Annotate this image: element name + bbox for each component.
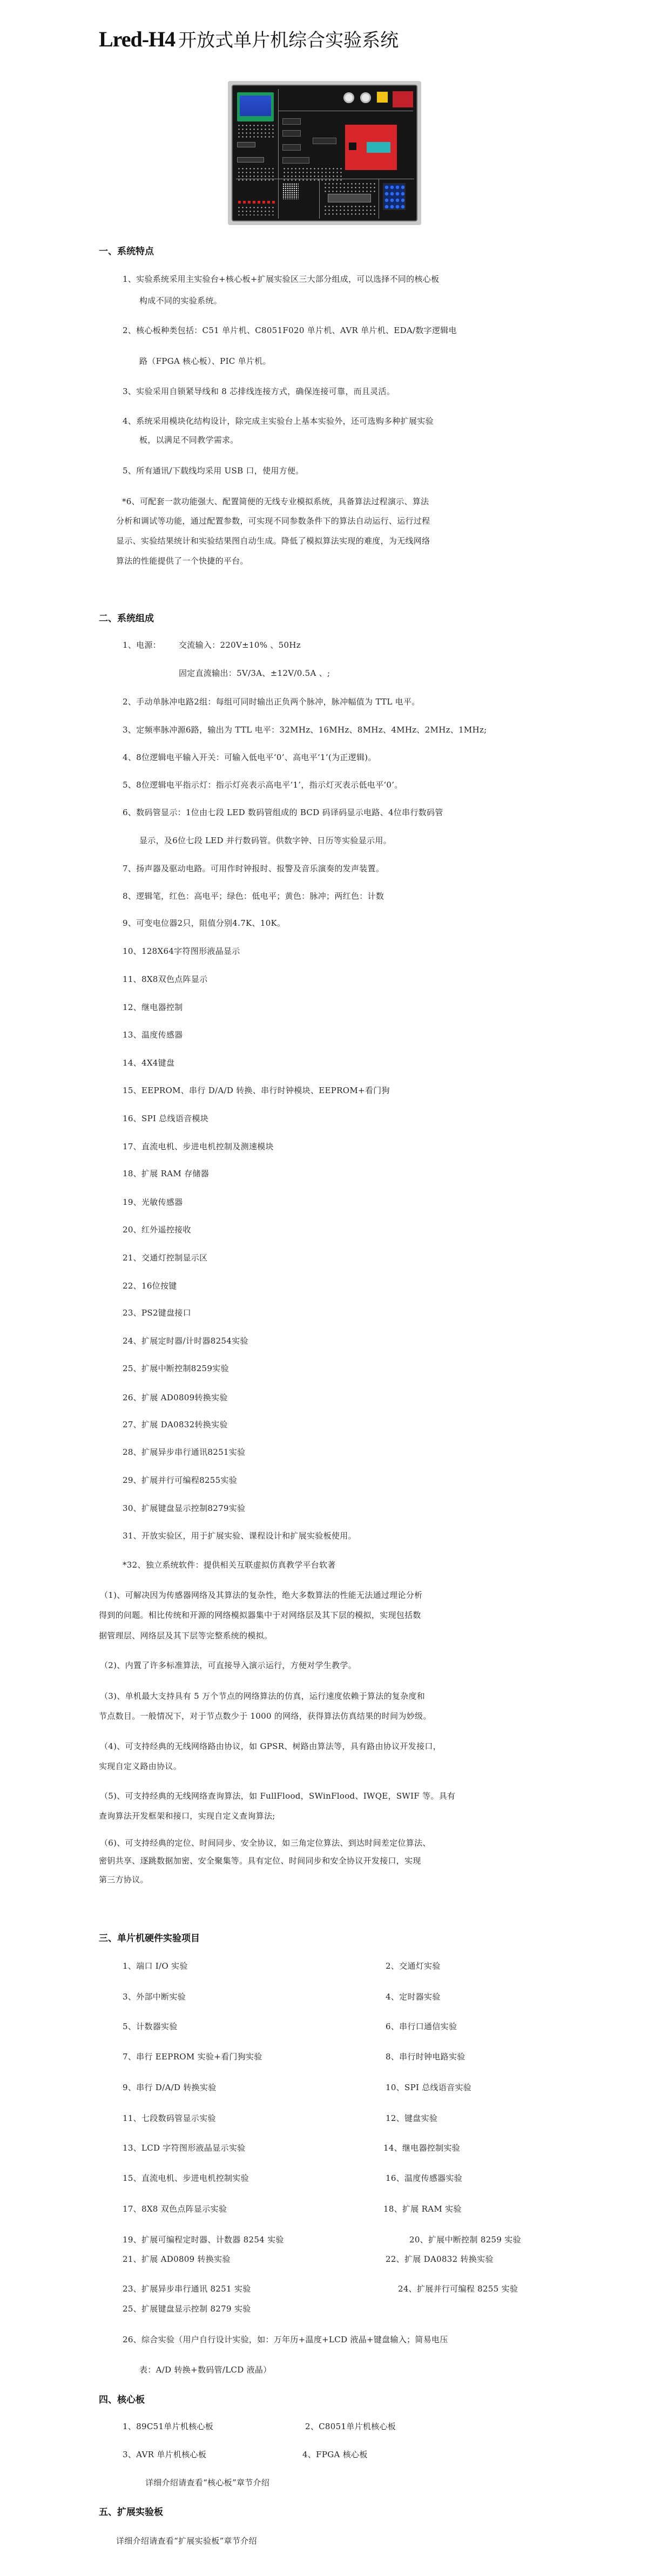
experiment-8: 8、串行时钟电路实验 — [386, 2051, 465, 2062]
section-heading-experiments: 三、单片机硬件实验项目 — [99, 1933, 200, 1944]
chip — [282, 157, 309, 164]
feature-item-3: 3、实验采用自锁紧导线和 8 芯排线连接方式，确保连接可靠，而且灵活。 — [123, 386, 395, 397]
component-item-19: 19、光敏传感器 — [123, 1197, 183, 1208]
experiment-14: 14、继电器控制实验 — [383, 2143, 460, 2153]
seven-seg-4digit — [237, 142, 255, 147]
component-item-15: 15、EEPROM、串行 D/A/D 转换、串行时钟模块、EEPROM+看门狗 — [123, 1085, 390, 1096]
software-feature-1-line-2: 得到的问题。相比传统和开源的网络模拟器集中于对网络层及其下层的模拟，实现包括数 — [99, 1610, 421, 1621]
experiment-26-line-2: 表：A/D 转换+数码管/LCD 液晶） — [139, 2364, 272, 2375]
component-item-5: 5、8位逻辑电平指示灯：指示灯亮表示高电平‘1’，指示灯灭表示低电平‘0’。 — [123, 779, 403, 790]
chip — [282, 118, 301, 125]
software-feature-4-line-1: （4)、可支持经典的无线网络路由协议，如 GPSR、树路由算法等，具有路由协议开… — [100, 1741, 441, 1752]
experiment-6: 6、串行口通信实验 — [386, 2021, 457, 2032]
component-item-16: 16、SPI 总线语音模块 — [123, 1113, 208, 1124]
terminal-sockets — [323, 205, 375, 215]
chip — [349, 143, 356, 150]
page-title: Lred-H4开放式单片机综合实验系统 — [99, 28, 399, 52]
experiment-11: 11、七段数码管显示实验 — [123, 2113, 216, 2124]
experiment-16: 16、温度传感器实验 — [386, 2173, 462, 2184]
component-item-28: 28、扩展异步串行通讯8251实验 — [123, 1447, 245, 1458]
terminal-sockets — [237, 124, 275, 139]
component-item-7: 7、扬声器及驱动电路。可用作时钟报时、报警及音乐演奏的发声装置。 — [123, 863, 384, 874]
terminal-sockets — [237, 206, 275, 215]
experiment-board — [232, 85, 417, 221]
product-photo — [228, 81, 421, 225]
component-item-11: 11、8X8双色点阵显示 — [123, 974, 207, 985]
feature-item-6-line-1: *6、可配套一款功能强大、配置简便的无线专业模拟系统，具备算法过程演示、算法 — [122, 496, 429, 507]
section-heading-core-boards: 四、核心板 — [99, 2394, 145, 2406]
power-label: 1、电源： — [123, 640, 161, 650]
chip — [313, 138, 336, 144]
chip — [282, 130, 301, 137]
software-feature-6-line-1: （6)、可支持经典的定位、时间同步、安全协议，如三角定位算法、到达时间差定位算法… — [100, 1838, 431, 1848]
software-feature-3-line-1: （3)、单机最大支持具有 5 万个节点的网络算法的仿真，运行速度依赖于算法的复杂… — [100, 1691, 425, 1701]
software-feature-1-line-3: 据管理层、网络层及其下层等完整系统的模拟。 — [99, 1630, 272, 1641]
section-heading-features: 一、系统特点 — [99, 246, 154, 257]
feature-item-2-line-1: 2、核心板种类包括：C51 单片机、C8051F020 单片机、AVR 单片机、… — [123, 325, 457, 336]
core-board-1: 1、89C51单片机核心板 — [123, 2421, 213, 2432]
component-item-26: 26、扩展 AD0809转换实验 — [123, 1392, 228, 1403]
feature-item-5: 5、所有通讯/下载线均采用 USB 口，使用方便。 — [123, 465, 304, 476]
experiment-4: 4、定时器实验 — [386, 1991, 441, 2002]
title-model: Lred-H4 — [99, 27, 175, 51]
component-item-9: 9、可变电位器2只，阻值分别4.7K、10K。 — [123, 918, 285, 928]
software-feature-6-line-3: 第三方协议。 — [99, 1874, 148, 1885]
experiment-26-line-1: 26、综合实验（用户自行设计实验，如：万年历+温度+LCD 液晶+键盘输入；简易… — [123, 2334, 448, 2345]
component-item-24: 24、扩展定时器/计时器8254实验 — [123, 1336, 248, 1346]
expansion-board-note: 详细介绍请查看“扩展实验板”章节介绍 — [116, 2536, 257, 2546]
core-board-note: 详细介绍请查看“核心板”章节介绍 — [145, 2477, 269, 2488]
panel-divider — [319, 179, 320, 219]
experiment-24: 24、扩展并行可编程 8255 实验 — [398, 2283, 518, 2294]
component-item-18: 18、扩展 RAM 存储器 — [123, 1168, 209, 1179]
software-feature-5-line-1: （5)、可支持经典的无线网络查询算法，如 FullFlood，SWinFlood… — [100, 1791, 455, 1801]
experiment-7: 7、串行 EEPROM 实验+看门狗实验 — [123, 2051, 262, 2062]
feature-item-6-line-2: 分析和调试等功能，通过配置参数，可实现不同参数条件下的算法自动运行、运行过程 — [116, 516, 430, 526]
software-feature-6-line-2: 密钥共享、逐跳数据加密、安全聚集等。具有定位、时间同步和安全协议开发接口，实现 — [99, 1855, 421, 1866]
section-heading-composition: 二、系统组成 — [99, 613, 154, 625]
breadboard — [328, 194, 371, 202]
feature-item-2-line-2: 路（FPGA 核心板）、PIC 单片机。 — [139, 356, 271, 367]
keypad — [383, 183, 406, 210]
experiment-19: 19、扩展可编程定时器、计数器 8254 实验 — [123, 2234, 284, 2245]
red-module — [393, 91, 413, 107]
panel-divider — [278, 111, 413, 111]
panel-divider — [379, 179, 379, 219]
component-item-14: 14、4X4键盘 — [123, 1057, 174, 1068]
experiment-1: 1、端口 I/O 实验 — [123, 1961, 188, 1971]
software-feature-5-line-2: 查询算法开发框架和接口，实现自定义查询算法; — [99, 1811, 275, 1821]
software-feature-4-line-2: 实现自定义路由协议。 — [99, 1761, 181, 1772]
component-item-21: 21、交通灯控制显示区 — [123, 1252, 207, 1263]
experiment-20: 20、扩展中断控制 8259 实验 — [409, 2234, 521, 2245]
led-indicators — [238, 201, 276, 204]
experiment-25: 25、扩展键盘显示控制 8279 实验 — [123, 2303, 251, 2314]
feature-item-1-line-2: 构成不同的实验系统。 — [139, 295, 222, 306]
experiment-3: 3、外部中断实验 — [123, 1991, 186, 2002]
software-feature-1-line-1: （1)、可解决因为传感器网络及其算法的复杂性，绝大多数算法的性能无法通过理论分析 — [100, 1590, 422, 1601]
experiment-5: 5、计数器实验 — [123, 2021, 178, 2032]
feature-item-4-line-1: 4、系统采用模块化结构设计，除完成主实验台上基本实验外，还可选购多种扩展实验 — [123, 416, 434, 426]
component-item-6-line-2: 显示，及6位七段 LED 并行数码管。供数字钟、日历等实验显示用。 — [139, 835, 391, 846]
terminal-sockets — [237, 167, 275, 182]
experiment-13: 13、LCD 字符图形液晶显示实验 — [123, 2143, 245, 2153]
component-item-29: 29、扩展并行可编程8255实验 — [123, 1475, 237, 1486]
panel-divider — [278, 89, 279, 219]
component-item-2: 2、手动单脉冲电路2组：每组可同时输出正负两个脉冲，脉冲幅值为 TTL 电平。 — [123, 696, 420, 707]
component-item-17: 17、直流电机、步进电机控制及测速模块 — [123, 1141, 274, 1152]
title-name: 开放式单片机综合实验系统 — [178, 30, 399, 51]
component-item-30: 30、扩展键盘显示控制8279实验 — [123, 1503, 245, 1514]
experiment-10: 10、SPI 总线语音实验 — [386, 2082, 471, 2093]
component-item-3: 3、定频率脉冲源6路，输出为 TTL 电平：32MHz、16MHz、8MHz、4… — [123, 724, 487, 735]
speaker-right — [360, 92, 371, 103]
experiment-9: 9、串行 D/A/D 转换实验 — [123, 2082, 217, 2093]
experiment-23: 23、扩展异步串行通讯 8251 实验 — [123, 2283, 251, 2294]
yellow-buttons — [376, 91, 388, 103]
component-item-20: 20、红外遥控接收 — [123, 1224, 191, 1235]
core-board-4: 4、FPGA 核心板 — [302, 2449, 368, 2460]
core-board-2: 2、C8051单片机核心板 — [305, 2421, 396, 2432]
terminal-sockets — [323, 182, 375, 193]
component-item-6-line-1: 6、数码管显示：1位由七段 LED 数码管组成的 BCD 码译码显示电路、4位串… — [123, 807, 443, 818]
component-item-12: 12、继电器控制 — [123, 1002, 183, 1013]
section-heading-expansion-boards: 五、扩展实验板 — [99, 2506, 163, 2518]
component-item-10: 10、128X64字符图形液晶显示 — [123, 946, 240, 957]
software-feature-2: （2)、内置了许多标准算法，可直接导入演示运行，方便对学生教学。 — [100, 1660, 356, 1671]
component-item-27: 27、扩展 DA0832转换实验 — [123, 1419, 228, 1430]
component-item-32: *32、独立系统软件：提供相关互联虚拟仿真教学平台软著 — [123, 1560, 336, 1570]
zif-socket — [367, 142, 390, 153]
component-item-31: 31、开放实验区，用于扩展实验、课程设计和扩展实验板使用。 — [123, 1530, 356, 1541]
lcd-screen — [240, 96, 271, 116]
experiment-2: 2、交通灯实验 — [386, 1961, 441, 1971]
component-item-4: 4、8位逻辑电平输入开关：可输入低电平‘0’、高电平‘1’(为正逻辑)。 — [123, 752, 376, 763]
software-feature-3-line-2: 节点数目。一般情况下，对于节点数少于 1000 的网络，获得算法仿真结果的时间为… — [99, 1711, 431, 1721]
component-item-22: 22、16位按键 — [123, 1280, 177, 1291]
speaker-left — [343, 92, 354, 103]
experiment-21: 21、扩展 AD0809 转换实验 — [123, 2254, 231, 2265]
experiment-17: 17、8X8 双色点阵显示实验 — [123, 2204, 227, 2214]
experiment-22: 22、扩展 DA0832 转换实验 — [386, 2254, 494, 2265]
seven-seg-6digit — [237, 157, 264, 162]
component-item-25: 25、扩展中断控制8259实验 — [123, 1363, 229, 1374]
chip — [282, 144, 301, 151]
feature-item-4-line-2: 板，以满足不同教学需求。 — [139, 435, 239, 445]
component-item-8: 8、逻辑笔，红色：高电平；绿色：低电平；黄色：脉冲；两红色：计数 — [123, 891, 384, 901]
feature-item-6-line-3: 显示、实验结果统计和实验结果图自动生成。降低了模拟算法实现的难度，为无线网络 — [116, 535, 430, 546]
feature-item-1-line-1: 1、实验系统采用主实验台+核心板+扩展实验区三大部分组成，可以选择不同的核心板 — [123, 274, 439, 284]
component-item-13: 13、温度传感器 — [123, 1029, 183, 1040]
terminal-sockets — [282, 167, 342, 182]
power-dc-output: 固定直流输出：5V/3A、±12V/0.5A 、; — [179, 668, 330, 679]
feature-item-6-line-4: 算法的性能提供了一个快捷的平台。 — [116, 555, 248, 566]
panel-divider — [236, 179, 414, 179]
experiment-18: 18、扩展 RAM 实验 — [383, 2204, 462, 2214]
experiment-15: 15、直流电机、步进电机控制实验 — [123, 2173, 249, 2184]
experiment-12: 12、键盘实验 — [386, 2113, 437, 2124]
core-board-3: 3、AVR 单片机核心板 — [123, 2449, 206, 2460]
component-item-23: 23、PS2键盘接口 — [123, 1307, 191, 1318]
power-ac-input: 交流输入：220V±10% 、50Hz — [179, 640, 301, 650]
dot-matrix — [282, 183, 299, 199]
